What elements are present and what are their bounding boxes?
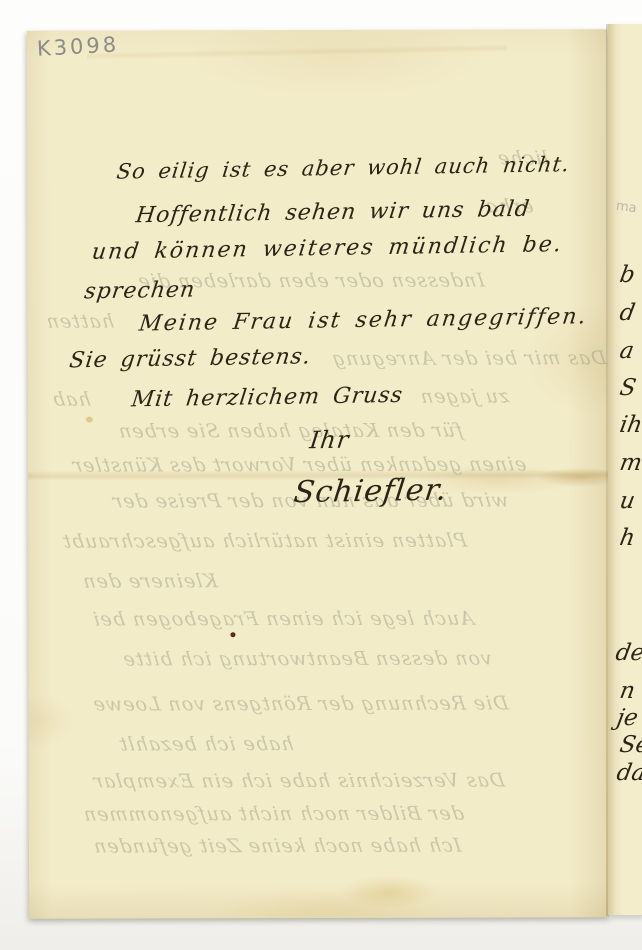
pencil-smudge: ma [615,199,638,217]
letter-line: Sie grüsst bestens. [68,344,313,373]
edge-fragment: S [618,375,638,401]
edge-fragment: h [618,525,637,551]
bleedthrough-line: Kleinere den [81,570,219,592]
bleedthrough-line: für den Katalog haben Sie erben [116,420,464,443]
edge-fragment: ih [618,412,642,438]
letter-line: und können weiteres mündlich be. [90,232,564,265]
scanned-letter-photo: K3098 liche erha Indessen oder eben darl… [0,0,642,950]
bleedthrough-line: hatten [44,311,115,333]
edge-fragment: m [618,450,642,476]
bleedthrough-line: der Bilder noch nicht aufgenommen [81,803,465,826]
edge-fragment: n [618,678,637,704]
paper-wrinkle [87,44,507,60]
bleedthrough-line: Die Rechnung der Röntgens von Loewe [91,693,510,716]
bleedthrough-line: Auch lege ich einen Fragebogen bei [91,608,476,631]
facing-page-strip: ma b d a S ih m u h de n je Se da [608,24,642,915]
letter-line: sprechen [83,278,197,305]
edge-fragment: je [615,705,640,731]
bleedthrough-line: Das Verzeichnis habe ich ein Exemplar [91,770,506,793]
bleedthrough-line: einen gedanken über Vorwort des Künstler [70,453,527,476]
edge-fragment: Se [618,732,642,758]
bleedthrough-line: habe ich bezahlt [117,733,295,755]
bleedthrough-line: Das mir bei der Anregung [330,347,608,370]
bleedthrough-line: von dessen Beantwortung ich bitte [121,648,493,671]
signature: Schiefler. [292,473,450,511]
edge-fragment: de [614,640,642,666]
paper-stain-spot [86,417,93,423]
bleedthrough-line: Ich habe noch keine Zeit gefunden [91,835,462,858]
edge-fragment: da [615,760,642,786]
letter-line: So eilig ist es aber wohl auch nicht. [115,152,571,184]
letter-line: Meine Frau ist sehr angegriffen. [138,304,589,336]
bleedthrough-line: Platten einist natürlich aufgeschraubt [61,530,469,553]
ink-speck [230,632,235,637]
letter-page: K3098 liche erha Indessen oder eben darl… [27,29,609,919]
closing-line: Mit herzlichem Gruss [130,383,405,412]
edge-fragment: d [618,300,637,326]
catalog-number: K3098 [36,32,119,60]
edge-fragment: a [618,338,636,364]
letter-line: Hoffentlich sehen wir uns bald [134,197,531,229]
edge-fragment: b [618,262,637,288]
bleedthrough-line: hab [50,389,92,411]
closing-line: Ihr [308,426,351,455]
edge-fragment: u [618,488,637,514]
bleedthrough-line: zu jagen [418,386,510,408]
